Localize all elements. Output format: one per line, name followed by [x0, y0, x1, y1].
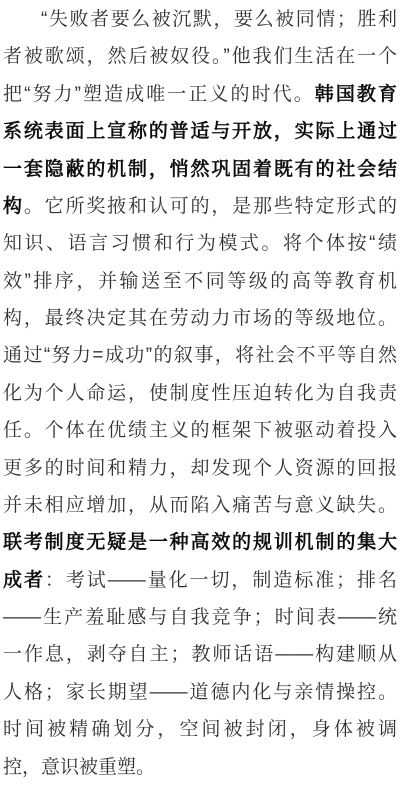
text-segment: 把“努力”塑造成唯一正义的时代。 [3, 84, 315, 105]
text-line: 更多的时间和精力，却发现个人资源的回报 [3, 450, 397, 487]
text-line: ——生产羞耻感与自我竞争；时间表——统 [3, 599, 397, 636]
text-segment: 并未相应增加，从而陷入痛苦与意义缺失。 [3, 495, 397, 516]
text-line: 构。它所奖掖和认可的，是那些特定形式的 [3, 188, 397, 225]
text-segment: ：考试——量化一切，制造标准；排名 [45, 570, 397, 591]
text-line: 并未相应增加，从而陷入痛苦与意义缺失。 [3, 487, 397, 524]
text-line: 效”排序，并输送至不同等级的高等教育机 [3, 263, 397, 300]
text-segment: 者被歌颂，然后被奴役。”他我们生活在一个 [3, 46, 397, 67]
text-segment: ——生产羞耻感与自我竞争；时间表——统 [3, 607, 397, 628]
text-segment: 任。个体在优绩主义的框架下被驱动着投入 [3, 420, 397, 441]
text-segment: 。它所奖掖和认可的，是那些特定形式的 [24, 196, 397, 217]
text-line: 人格；家长期望——道德内化与亲情操控。 [3, 674, 397, 711]
text-line: 知识、语言习惯和行为模式。将个体按“绩 [3, 225, 397, 262]
bold-text-segment: 韩国教育 [315, 84, 397, 105]
text-line: 一套隐蔽的机制，悄然巩固着既有的社会结 [3, 151, 397, 188]
text-line: 一作息，剥夺自主；教师话语——构建顺从 [3, 636, 397, 673]
text-line: 联考制度无疑是一种高效的规训机制的集大 [3, 524, 397, 561]
text-line: 成者：考试——量化一切，制造标准；排名 [3, 562, 397, 599]
text-line: 系统表面上宣称的普适与开放，实际上通过 [3, 113, 397, 150]
text-segment: 时间被精确划分，空间被封闭，身体被调 [3, 719, 397, 740]
text-segment: 化为个人命运，使制度性压迫转化为自我责 [3, 383, 397, 404]
text-line: 化为个人命运，使制度性压迫转化为自我责 [3, 375, 397, 412]
text-line: 构，最终决定其在劳动力市场的等级地位。 [3, 300, 397, 337]
text-line: 者被歌颂，然后被奴役。”他我们生活在一个 [3, 38, 397, 75]
bold-text-segment: 联考制度无疑是一种高效的规训机制的集大 [3, 532, 397, 553]
text-line: 通过“努力=成功”的叙事，将社会不平等自然 [3, 337, 397, 374]
text-segment: 人格；家长期望——道德内化与亲情操控。 [3, 682, 397, 703]
text-segment: “失败者要么被沉默，要么被同情；胜利 [41, 9, 397, 30]
text-line: 把“努力”塑造成唯一正义的时代。韩国教育 [3, 76, 397, 113]
article-body: “失败者要么被沉默，要么被同情；胜利者被歌颂，然后被奴役。”他我们生活在一个把“… [0, 0, 400, 786]
text-segment: 知识、语言习惯和行为模式。将个体按“绩 [3, 233, 397, 254]
bold-text-segment: 构 [3, 196, 24, 217]
text-segment: 一作息，剥夺自主；教师话语——构建顺从 [3, 644, 397, 665]
text-segment: 通过“努力=成功”的叙事，将社会不平等自然 [3, 345, 397, 366]
text-line: 任。个体在优绩主义的框架下被驱动着投入 [3, 412, 397, 449]
bold-text-segment: 成者 [3, 570, 45, 591]
text-segment: 控，意识被重塑。 [3, 757, 155, 778]
text-segment: 更多的时间和精力，却发现个人资源的回报 [3, 458, 397, 479]
text-segment: 效”排序，并输送至不同等级的高等教育机 [3, 271, 397, 292]
text-segment: 构，最终决定其在劳动力市场的等级地位。 [3, 308, 397, 329]
bold-text-segment: 系统表面上宣称的普适与开放，实际上通过 [3, 121, 397, 142]
text-line: 时间被精确划分，空间被封闭，身体被调 [3, 711, 397, 748]
text-line: 控，意识被重塑。 [3, 749, 397, 786]
text-line: “失败者要么被沉默，要么被同情；胜利 [3, 1, 397, 38]
bold-text-segment: 一套隐蔽的机制，悄然巩固着既有的社会结 [3, 159, 397, 180]
